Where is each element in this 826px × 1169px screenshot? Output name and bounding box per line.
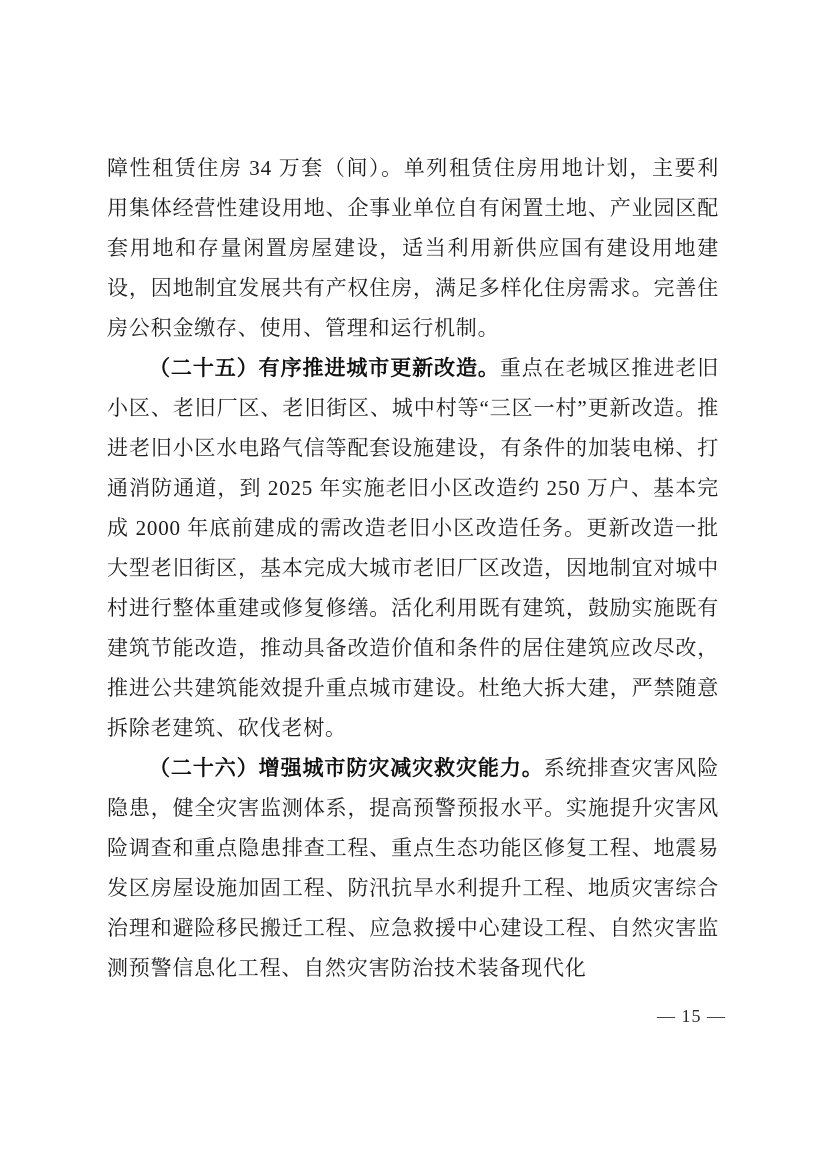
- section-heading-26: （二十六）增强城市防灾减灾救灾能力。: [149, 756, 544, 780]
- paragraph-continuation: 障性租赁住房 34 万套（间）。单列租赁住房用地计划，主要利用集体经营性建设用地…: [107, 148, 719, 348]
- paragraph-section-25: （二十五）有序推进城市更新改造。重点在老城区推进老旧小区、老旧厂区、老旧街区、城…: [107, 348, 719, 748]
- paragraph-text: 系统排查灾害风险隐患，健全灾害监测体系，提高预警预报水平。实施提升灾害风险调查和…: [107, 756, 719, 980]
- paragraph-section-26: （二十六）增强城市防灾减灾救灾能力。系统排查灾害风险隐患，健全灾害监测体系，提高…: [107, 748, 719, 988]
- document-page: 障性租赁住房 34 万套（间）。单列租赁住房用地计划，主要利用集体经营性建设用地…: [0, 0, 826, 1169]
- page-number: — 15 —: [657, 1003, 726, 1029]
- paragraph-text: 重点在老城区推进老旧小区、老旧厂区、老旧街区、城中村等“三区一村”更新改造。推进…: [107, 356, 719, 740]
- document-body: 障性租赁住房 34 万套（间）。单列租赁住房用地计划，主要利用集体经营性建设用地…: [107, 148, 719, 988]
- paragraph-text: 障性租赁住房 34 万套（间）。单列租赁住房用地计划，主要利用集体经营性建设用地…: [107, 156, 719, 340]
- section-heading-25: （二十五）有序推进城市更新改造。: [149, 356, 500, 380]
